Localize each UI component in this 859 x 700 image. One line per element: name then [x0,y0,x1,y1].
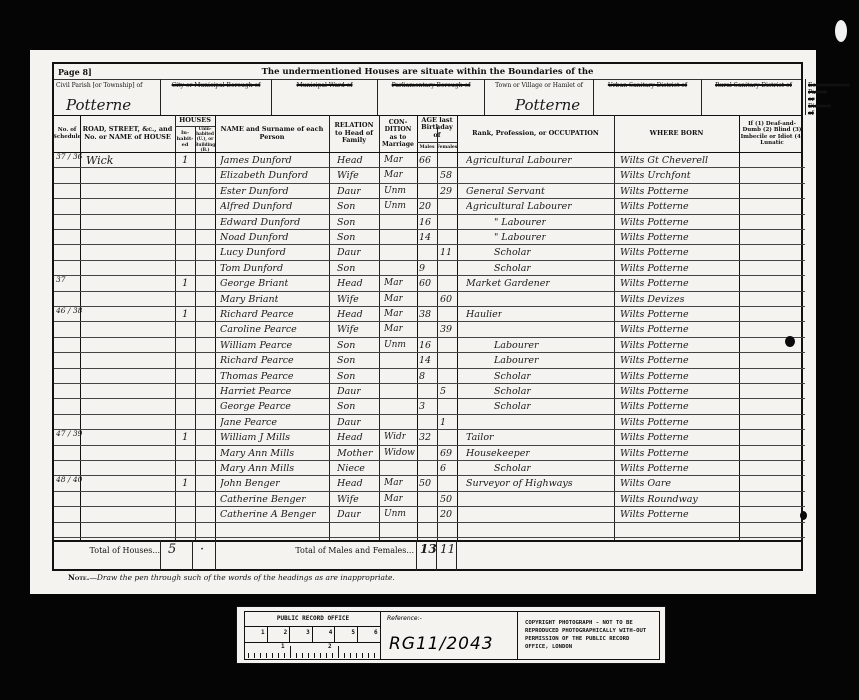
ruler-tick [272,653,273,658]
column-header-inhabited: In-habit-ed [176,126,194,152]
column-header-born: WHERE BORN [615,115,738,152]
edge-mark [835,20,847,42]
cell-condition: Unm [384,338,406,353]
cell-name: Catherine Benger [220,492,306,507]
cell-born: Wilts Potterne [620,184,689,199]
cell-males: 14 [419,230,431,245]
table-row: Caroline PearceWifeMar39Wilts Potterne [54,321,805,336]
ruler-tick [296,653,297,658]
divider [416,540,417,571]
cell-schedule: 47 / 39 [56,430,82,445]
cell-occupation: Housekeeper [466,446,530,461]
cell-name: Alfred Dunford [220,199,292,214]
cell-condition: Mar [384,292,403,307]
table-row: Elizabeth DunfordWifeMar58Wilts Urchfont [54,167,805,182]
table-row: Harriet PearceDaur5ScholarWilts Potterne [54,383,805,398]
cell-females: 29 [440,184,452,199]
ruler-top: 123456 [245,626,381,642]
district-label: Urban Sanitary District of [596,82,699,89]
column-header-label: NAME and Surname of each Person [216,126,328,141]
district-cell: Civil Parish [or Township] ofPotterne [54,79,160,115]
cell-relation: Son [337,353,355,368]
ruler-tick [326,653,327,658]
district-cell: Town or Village or Hamlet ofPotterne [484,79,593,115]
cell-occupation: Scholar [466,461,531,476]
cell-inhabited: 1 [182,430,188,445]
total-houses-inhabited: 5 [168,542,176,557]
cell-relation: Niece [337,461,365,476]
table-row: 46 / 381Richard PearceHeadMar38HaulierWi… [54,306,805,321]
column-header-label: ROAD, STREET, &c., and No. or NAME of HO… [81,126,174,141]
table-row: Ester DunfordDaurUnm29General ServantWil… [54,183,805,198]
district-label: City or Municipal Borough of [163,82,269,89]
ruler-tick [290,646,291,658]
column-header-houses: HOUSES [176,115,214,126]
cell-name: Richard Pearce [220,307,294,322]
ruler-tick [308,653,309,658]
cell-condition: Widr [384,430,406,445]
cell-females: 5 [440,384,446,399]
district-cell: Urban Sanitary District of [593,79,701,115]
cell-relation: Daur [337,507,361,522]
divider [160,540,161,571]
total-males: 13 [420,542,437,556]
column-header-road: ROAD, STREET, &c., and No. or NAME of HO… [81,115,174,152]
cell-born: Wilts Potterne [620,322,689,337]
column-header-males: Males [418,143,436,152]
ruler-tick [284,653,285,658]
table-row: William PearceSonUnm16LabourerWilts Pott… [54,337,805,352]
cell-condition: Unm [384,184,406,199]
column-header-uninhabited: Unin-habited (U.), or Building (B.) [196,126,214,152]
cell-relation: Wife [337,322,359,337]
cell-name: Elizabeth Dunford [220,168,308,183]
cell-relation: Son [337,199,355,214]
table-row: Lucy DunfordDaur11ScholarWilts Potterne [54,244,805,259]
district-label: Town or Village or Hamlet of [487,82,591,89]
cell-males: 60 [419,276,431,291]
ruler-mark: 5 [335,626,358,642]
cell-born: Wilts Potterne [620,215,689,230]
district-label: Municipal Ward of [274,82,375,89]
cell-occupation: General Servant [466,184,545,199]
district-cell: City or Municipal Borough of [160,79,271,115]
cell-condition: Mar [384,322,403,337]
table-row: Alfred DunfordSonUnm20Agricultural Labou… [54,198,805,213]
cell-born: Wilts Potterne [620,399,689,414]
cell-born: Wilts Potterne [620,353,689,368]
cell-occupation: Tailor [466,430,494,445]
cell-born: Wilts Roundway [620,492,698,507]
table-row: George PearceSon3ScholarWilts Potterne [54,398,805,413]
cell-condition: Mar [384,476,403,491]
cell-born: Wilts Potterne [620,261,689,276]
cell-born: Wilts Devizes [620,292,685,307]
ruler-tick [332,653,333,658]
district-label: Parliamentary Borough of [380,82,482,89]
cell-females: 1 [440,415,446,430]
cell-males: 20 [419,199,431,214]
ink-blot [800,511,807,520]
cell-born: Wilts Potterne [620,507,689,522]
district-value: Potterne [66,96,131,114]
ruler-tick [314,653,315,658]
cell-name: Jane Pearce [220,415,277,430]
column-header-infirmity: If (1) Deaf-and-Dumb (2) Blind (3) Imbec… [740,115,804,152]
cell-occupation: Surveyor of Highways [466,476,573,491]
column-header-age: AGE last Birthday of [418,115,456,141]
divider [436,540,437,571]
cell-name: Caroline Pearce [220,322,297,337]
column-header-name: NAME and Surname of each Person [216,115,328,152]
cell-born: Wilts Oare [620,476,671,491]
cell-name: George Pearce [220,399,291,414]
cell-born: Wilts Potterne [620,369,689,384]
divider [175,126,215,127]
cell-name: Mary Ann Mills [220,461,294,476]
row-divider [54,537,805,538]
ruler-tick [368,653,369,658]
banner-heading: The undermentioned Houses are situate wi… [54,67,801,77]
table-row: 48 / 401John BengerHeadMar50Surveyor of … [54,475,805,490]
table-row: 37 / 36Wick1James DunfordHeadMar66Agricu… [54,152,805,167]
cell-females: 6 [440,461,446,476]
ruler-mark: 4 [313,626,336,642]
cell-males: 66 [419,153,431,168]
column-header-label: WHERE BORN [650,130,704,138]
divider [417,142,457,143]
record-office-slip: PUBLIC RECORD OFFICE 123456 12 Reference… [236,606,666,664]
column-header-label: CON-DITION as to Marriage [380,119,416,148]
column-header-label: AGE last Birthday of [418,117,456,140]
ruler-tick [356,653,357,658]
cell-relation: Daur [337,184,361,199]
cell-occupation: " Labourer [466,230,546,245]
cell-males: 14 [419,353,431,368]
cell-name: Harriet Pearce [220,384,291,399]
cell-name: Thomas Pearce [220,369,293,384]
district-label: Rural Sanitary District of [704,82,803,89]
ruler-mark: 1 [245,626,268,642]
table-row: Tom DunfordSon9ScholarWilts Potterne [54,260,805,275]
cell-relation: Mother [337,446,373,461]
ruler-tick [350,653,351,658]
column-header-relation: RELATION to Head of Family [330,115,378,152]
column-header-occupation: Rank, Profession, or OCCUPATION [458,115,613,152]
cell-relation: Wife [337,292,359,307]
divider [456,540,457,571]
cell-born: Wilts Potterne [620,384,689,399]
cell-relation: Head [337,153,363,168]
cell-males: 50 [419,476,431,491]
cell-occupation: Agricultural Labourer [466,199,572,214]
cell-occupation: Scholar [466,261,531,276]
cell-condition: Mar [384,307,403,322]
cell-name: George Briant [220,276,288,291]
cell-occupation: Market Gardener [466,276,550,291]
cell-males: 16 [419,338,431,353]
ruler-number: 1 [281,643,285,650]
district-cell: Ecclesiastical Parish or District of [805,79,806,115]
column-header-label: HOUSES [179,117,211,125]
ruler-mark: 2 [268,626,291,642]
cell-females: 58 [440,168,452,183]
cell-name: Richard Pearce [220,353,294,368]
table-row: Catherine A BengerDaurUnm20Wilts Pottern… [54,506,805,521]
district-cell: Rural Sanitary District of [701,79,805,115]
ruler-mark: 3 [290,626,313,642]
cell-road: Wick [86,153,113,168]
census-form: Page 8] The undermentioned Houses are si… [52,62,803,571]
cell-condition: Unm [384,507,406,522]
district-value: Potterne [515,96,580,114]
district-cell: Parliamentary Borough of [377,79,484,115]
slip-title: PUBLIC RECORD OFFICE [245,615,381,622]
ruler-tick [266,653,267,658]
column-header-condition: CON-DITION as to Marriage [380,115,416,152]
ruler-tick [344,653,345,658]
cell-relation: Daur [337,384,361,399]
cell-name: Mary Ann Mills [220,446,294,461]
note-text: —Draw the pen through such of the words … [89,573,395,582]
table-row: Mary Ann MillsMotherWidow69HousekeeperWi… [54,445,805,460]
cell-condition: Unm [384,199,406,214]
cell-name: Tom Dunford [220,261,283,276]
cell-condition: Mar [384,168,403,183]
cell-schedule: 46 / 38 [56,307,82,322]
table-row: Mary BriantWifeMar60Wilts Devizes [54,291,805,306]
cell-relation: Head [337,430,363,445]
column-header-schedule: No. of Schedule [55,115,79,152]
cell-condition: Mar [384,153,403,168]
ink-blot [785,336,795,347]
table-row: Thomas PearceSon8ScholarWilts Potterne [54,368,805,383]
district-cell: Municipal Ward of [271,79,377,115]
cell-occupation: Scholar [466,245,531,260]
cell-born: Wilts Potterne [620,307,689,322]
reference-label: Reference:- [387,615,422,622]
district-label: Civil Parish [or Township] of [56,82,158,89]
cell-name: Lucy Dunford [220,245,286,260]
cell-name: Mary Briant [220,292,278,307]
cell-males: 8 [419,369,425,384]
cell-relation: Head [337,307,363,322]
cell-condition: Widow [384,446,415,461]
cell-occupation: Labourer [466,338,539,353]
cell-name: William Pearce [220,338,292,353]
cell-occupation: Labourer [466,353,539,368]
cell-born: Wilts Gt Cheverell [620,153,708,168]
divider [215,540,216,571]
ruler-tick [338,646,339,658]
cell-name: Ester Dunford [220,184,289,199]
cell-name: John Benger [220,476,280,491]
cell-schedule: 48 / 40 [56,476,82,491]
cell-relation: Son [337,230,355,245]
cell-females: 50 [440,492,452,507]
cell-females: 60 [440,292,452,307]
column-header-label: In-habit-ed [176,130,194,148]
cell-condition: Mar [384,492,403,507]
cell-females: 20 [440,507,452,522]
table-row [54,522,805,537]
footnote: Note.—Draw the pen through such of the w… [68,573,395,582]
cell-born: Wilts Potterne [620,338,689,353]
cell-born: Wilts Potterne [620,446,689,461]
cell-schedule: 37 [56,276,66,291]
table-row: 371George BriantHeadMar60Market Gardener… [54,275,805,290]
cell-males: 38 [419,307,431,322]
cell-occupation: Agricultural Labourer [466,153,572,168]
ruler-tick [248,653,249,658]
cell-relation: Son [337,261,355,276]
column-header-label: If (1) Deaf-and-Dumb (2) Blind (3) Imbec… [740,121,804,147]
ruler-tick [260,653,261,658]
cell-name: William J Mills [220,430,290,445]
column-header-label: Males [419,145,434,151]
column-header-label: Unin-habited (U.), or Building (B.) [195,126,215,152]
cell-born: Wilts Urchfont [620,168,691,183]
cell-occupation: Haulier [466,307,502,322]
cell-name: Noad Dunford [220,230,289,245]
cell-females: 69 [440,446,452,461]
ruler-tick [302,653,303,658]
cell-relation: Head [337,276,363,291]
cell-relation: Son [337,369,355,384]
cell-males: 16 [419,215,431,230]
cell-relation: Son [337,399,355,414]
note-prefix: Note. [68,573,89,582]
cell-born: Wilts Potterne [620,461,689,476]
table-row: Catherine BengerWifeMar50Wilts Roundway [54,491,805,506]
divider [192,540,193,571]
cell-born: Wilts Potterne [620,199,689,214]
cell-condition: Mar [384,276,403,291]
total-females: 11 [440,542,455,556]
cell-relation: Daur [337,415,361,430]
copyright-notice: COPYRIGHT PHOTOGRAPH - NOT TO BE REPRODU… [525,619,653,651]
cell-born: Wilts Potterne [620,276,689,291]
ruler-tick [362,653,363,658]
column-header-females: Females [438,143,456,152]
table-row: Richard PearceSon14LabourerWilts Pottern… [54,352,805,367]
ruler-mark: 6 [358,626,381,642]
ruler-tick [320,653,321,658]
ruler-number: 2 [328,643,332,650]
cell-born: Wilts Potterne [620,245,689,260]
cell-occupation: Scholar [466,384,531,399]
ruler-tick [278,653,279,658]
ruler-panel: PUBLIC RECORD OFFICE 123456 12 [245,612,381,659]
cell-relation: Daur [337,245,361,260]
cell-name: James Dunford [220,153,292,168]
cell-born: Wilts Potterne [620,430,689,445]
cell-relation: Son [337,338,355,353]
reference-value: RG11/2043 [389,634,494,654]
reference-panel: Reference:- RG11/2043 [381,612,518,659]
total-houses-label: Total of Houses... [54,546,160,555]
total-persons-label: Total of Males and Females... [204,546,414,555]
cell-relation: Son [337,215,355,230]
cell-inhabited: 1 [182,307,188,322]
cell-males: 32 [419,430,431,445]
cell-name: Catherine A Benger [220,507,316,522]
table-row: 47 / 391William J MillsHeadWidr32TailorW… [54,429,805,444]
cell-inhabited: 1 [182,153,188,168]
ruler-tick [254,653,255,658]
cell-relation: Head [337,476,363,491]
cell-males: 3 [419,399,425,414]
column-header-label: No. of Schedule [53,127,81,140]
table-row: Noad DunfordSon14" LabourerWilts Pottern… [54,229,805,244]
table-row: Jane PearceDaur1Wilts Potterne [54,414,805,429]
column-header-label: RELATION to Head of Family [330,122,378,145]
cell-name: Edward Dunford [220,215,300,230]
cell-inhabited: 1 [182,276,188,291]
column-header-label: Females [437,145,458,151]
cell-inhabited: 1 [182,476,188,491]
cell-born: Wilts Potterne [620,230,689,245]
cell-born: Wilts Potterne [620,415,689,430]
table-row: Edward DunfordSon16" LabourerWilts Potte… [54,214,805,229]
cell-schedule: 37 / 36 [56,153,82,168]
table-row: Mary Ann MillsNiece6ScholarWilts Pottern… [54,460,805,475]
cell-females: 39 [440,322,452,337]
ruler-tick [374,653,375,658]
ruler-bottom: 12 [245,642,381,659]
cell-relation: Wife [337,168,359,183]
cell-males: 9 [419,261,425,276]
cell-females: 11 [440,245,452,260]
cell-occupation: " Labourer [466,215,546,230]
cell-occupation: Scholar [466,399,531,414]
cell-relation: Wife [337,492,359,507]
column-header-label: Rank, Profession, or OCCUPATION [472,130,599,138]
cell-occupation: Scholar [466,369,531,384]
